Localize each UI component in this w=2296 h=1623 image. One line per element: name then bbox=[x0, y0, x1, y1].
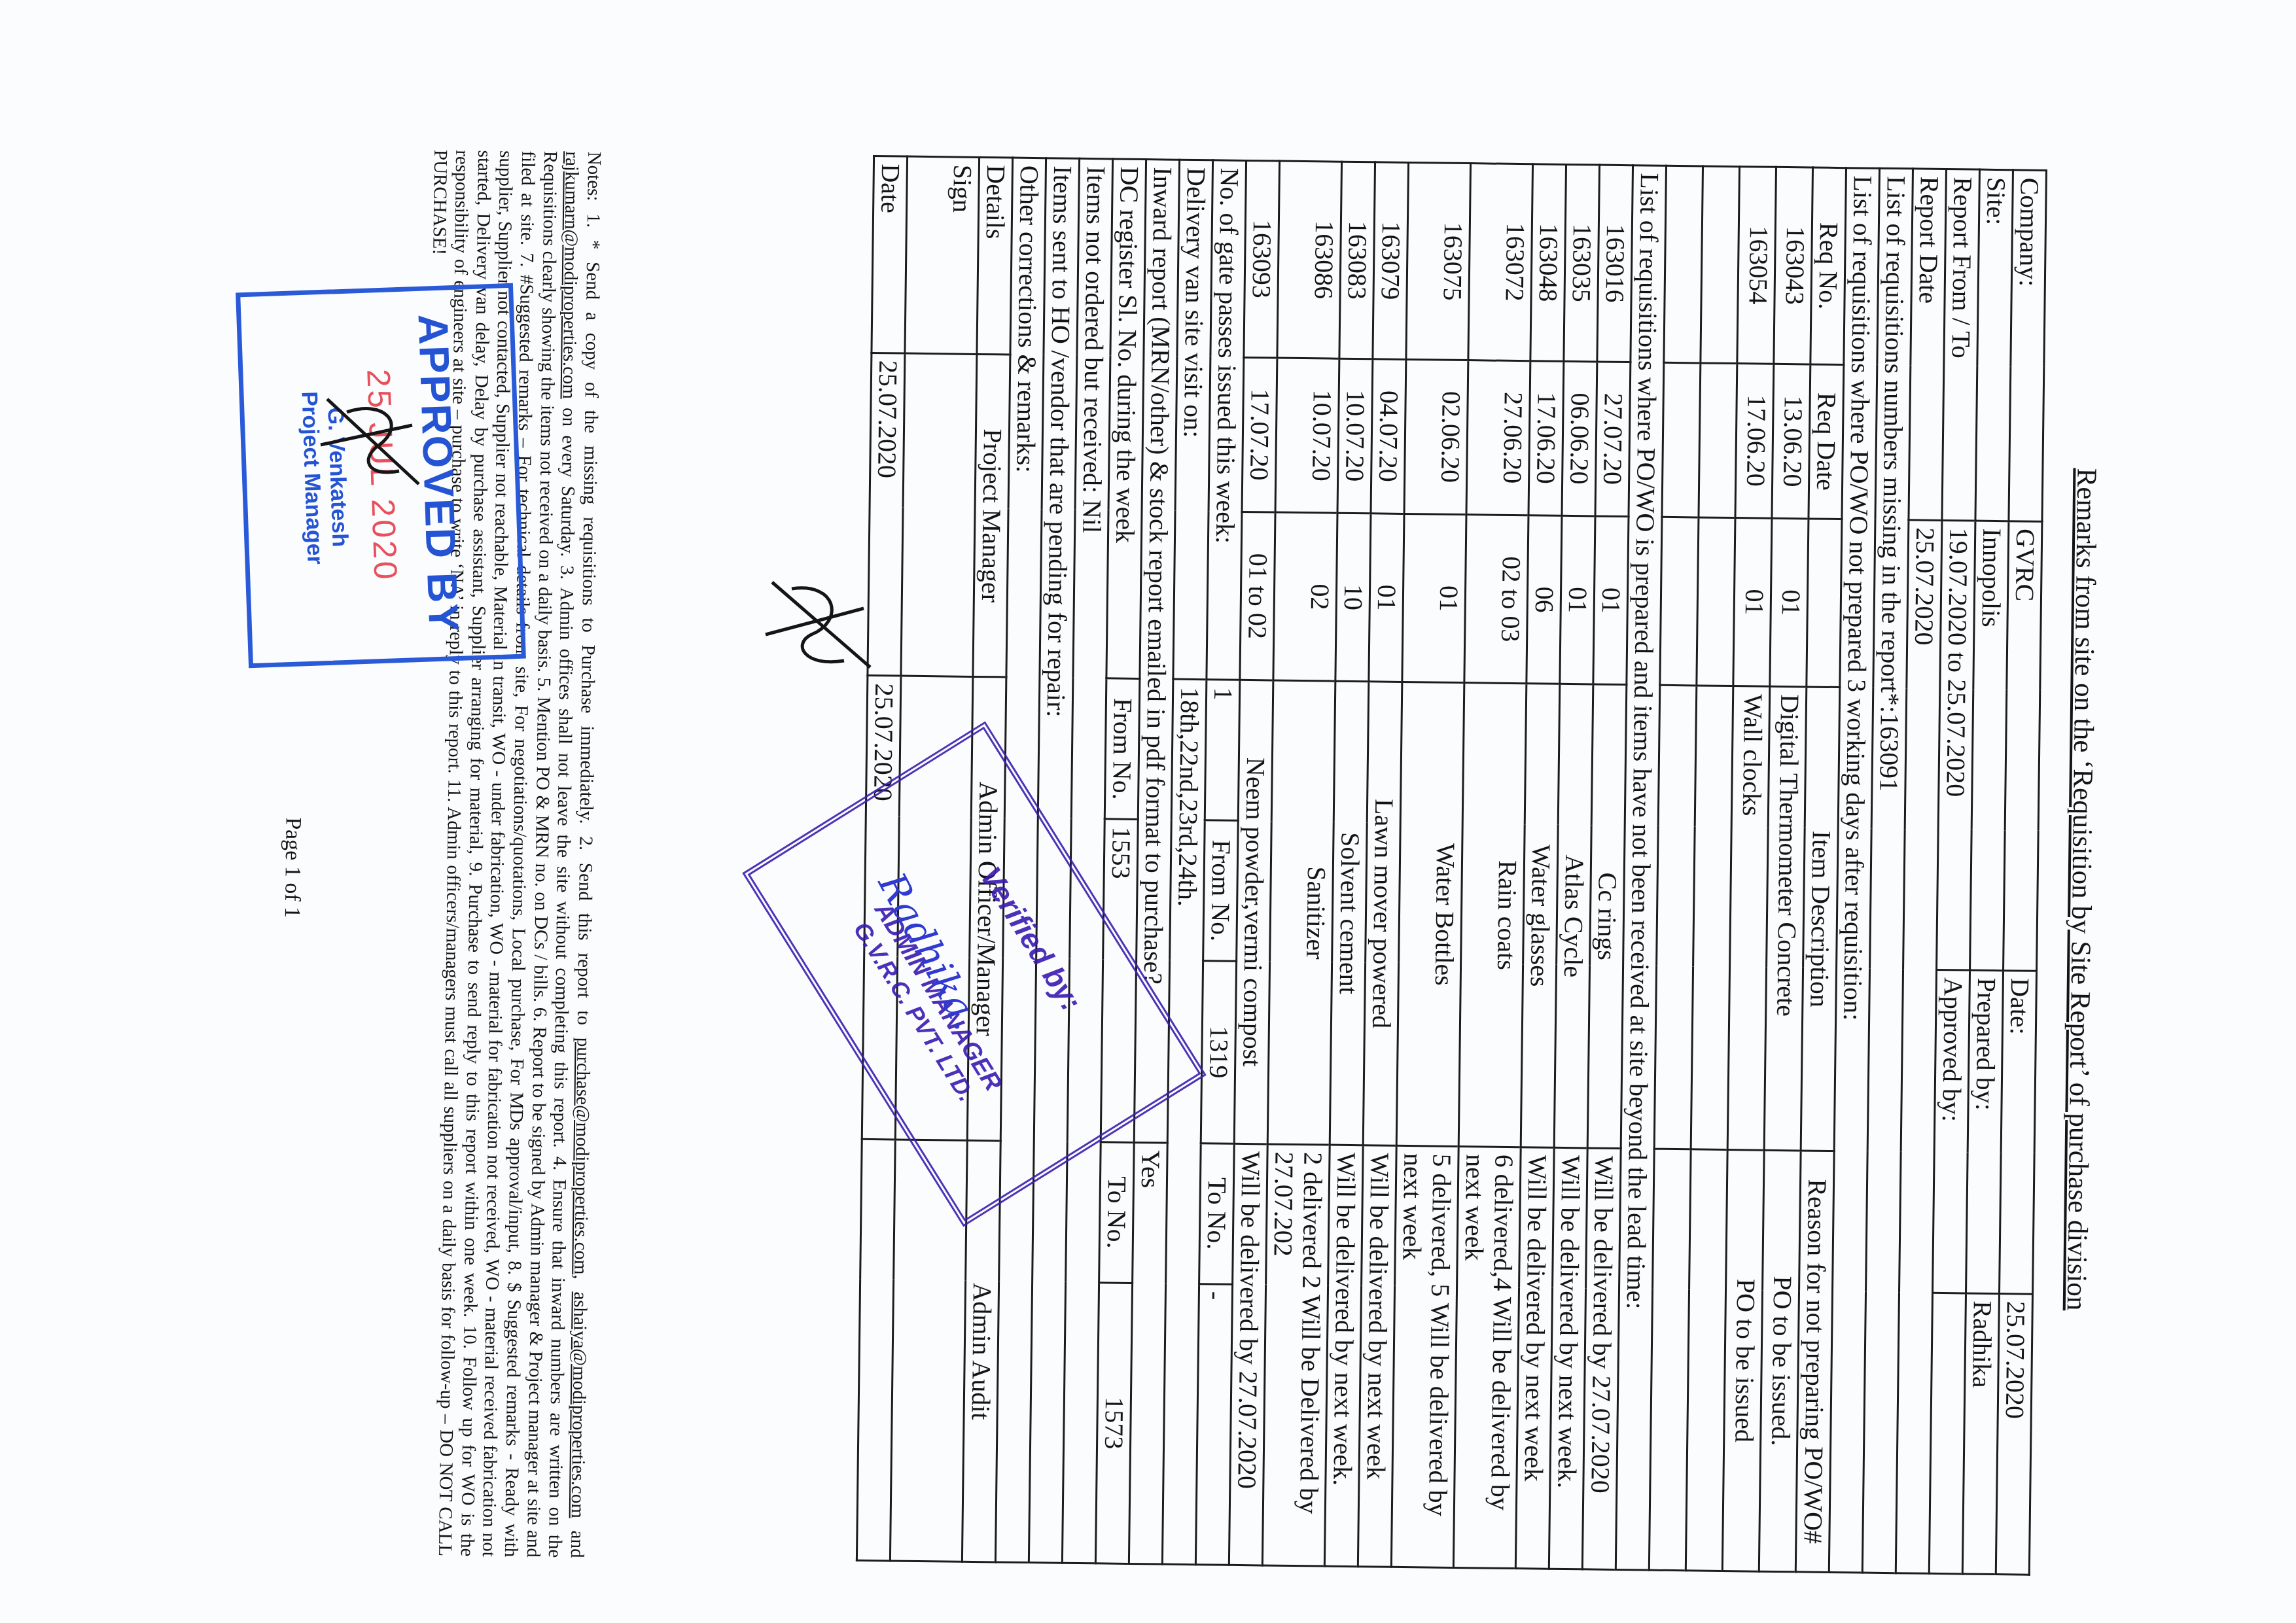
col-reason: Reason for not preparing PO/WO# bbox=[1795, 1151, 1834, 1573]
signoff-role-pm: Project Manager bbox=[973, 354, 1010, 677]
item-description: Lawn mover powered bbox=[1363, 682, 1402, 1145]
col-req-no: Req No. bbox=[1810, 167, 1846, 364]
req-date: 17.07.20 bbox=[1242, 357, 1277, 512]
delivery-remark: Will be delivered by next week bbox=[1515, 1147, 1554, 1569]
reason: PO to be issued bbox=[1722, 1149, 1764, 1571]
req-date: 17.06.20 bbox=[1528, 360, 1564, 515]
not-received-rows: 16301627.07.2001Cc ringsWill be delivere… bbox=[1229, 160, 1633, 1569]
company-value: GVRC bbox=[2004, 521, 2042, 971]
po-not-prepared-rows: 16304313.06.2001Digital Thermometer Conc… bbox=[1649, 166, 1812, 1572]
req-no: 163054 bbox=[1737, 167, 1776, 364]
email-ashaiya-link[interactable]: ashaiya@modiproperties.com bbox=[567, 1291, 591, 1518]
table-pm-signature-icon bbox=[746, 569, 890, 687]
signoff-date-audit bbox=[857, 1139, 895, 1561]
delivery-van-label: Delivery van site visit on: bbox=[1173, 160, 1213, 680]
signoff-sign-pm bbox=[901, 353, 977, 677]
delivery-remark: 2 delivered 2 Will be Delivered by 27.07… bbox=[1262, 1144, 1330, 1566]
prepared-by-value: Radhika bbox=[1962, 1293, 1999, 1575]
approved-by-label: Approved by: bbox=[1933, 969, 1970, 1293]
col-req-date: Req Date bbox=[1809, 364, 1844, 519]
req-no bbox=[1701, 166, 1740, 363]
delivery-remark: 5 delivered, 5 Will be delivered by next… bbox=[1391, 1145, 1458, 1567]
inward-report-value: Yes bbox=[1129, 1142, 1167, 1564]
req-no: 163048 bbox=[1530, 164, 1566, 361]
document-title: Remarks from site on the ‘Requisition by… bbox=[2057, 169, 2106, 1609]
dc-register-to-label: To No. bbox=[1099, 1142, 1135, 1283]
signoff-date-label: Date bbox=[872, 156, 908, 353]
project-manager-signature-icon bbox=[308, 386, 438, 504]
delivery-remark: Will be delivered by next week. bbox=[1324, 1145, 1363, 1567]
qty: 01 bbox=[1560, 515, 1595, 684]
req-date: 10.07.20 bbox=[1337, 358, 1373, 514]
item-description: Water Bottles bbox=[1396, 682, 1464, 1147]
item-description: Sanitizer bbox=[1267, 680, 1335, 1145]
req-no: 163093 bbox=[1244, 160, 1280, 357]
email-purchase-link[interactable]: purchase@modiproperties.com bbox=[570, 1038, 593, 1275]
req-date bbox=[1662, 362, 1701, 517]
date-value: 25.07.2020 bbox=[1996, 1293, 2032, 1575]
req-date: 10.07.20 bbox=[1275, 358, 1339, 513]
reason: PO to be issued. bbox=[1759, 1150, 1801, 1572]
qty: 01 to 02 bbox=[1240, 512, 1275, 680]
item-description: Cc rings bbox=[1587, 684, 1627, 1148]
reason bbox=[1649, 1149, 1691, 1571]
qty: 01 bbox=[1733, 517, 1772, 686]
req-no: 163083 bbox=[1339, 162, 1375, 358]
approved-by-value bbox=[1929, 1293, 1966, 1574]
prepared-by-label: Prepared by: bbox=[1966, 970, 2004, 1293]
dc-register-from-label: From No. bbox=[1104, 678, 1140, 819]
item-description: Water glasses bbox=[1521, 684, 1560, 1147]
col-qty bbox=[1807, 519, 1842, 688]
delivery-remark: Will be delivered by 27.07.2020 bbox=[1229, 1143, 1267, 1565]
dc-register-label: DC register Sl. No. during the week bbox=[1106, 159, 1146, 679]
req-no: 163075 bbox=[1406, 162, 1471, 360]
req-no: 163035 bbox=[1564, 164, 1600, 361]
req-no: 163079 bbox=[1373, 162, 1409, 359]
req-date: 04.07.20 bbox=[1371, 358, 1406, 514]
email-rajkumar-link[interactable]: rajkumarn@modiproperties.com bbox=[559, 151, 583, 399]
delivery-remark: Will be delivered by next week bbox=[1358, 1145, 1396, 1567]
req-date bbox=[1699, 363, 1737, 518]
signoff-details-label: Details bbox=[977, 157, 1013, 354]
req-date: 27.07.20 bbox=[1595, 362, 1631, 517]
company-label: Company: bbox=[2009, 170, 2047, 521]
qty: 10 bbox=[1335, 513, 1371, 682]
req-no: 163016 bbox=[1597, 165, 1633, 362]
document-title-text: Remarks from site on the ‘Requisition by… bbox=[2061, 468, 2102, 1310]
qty: 01 bbox=[1770, 518, 1809, 687]
gate-passes-from-value: 1319 bbox=[1201, 960, 1236, 1143]
item-description: Solvent cement bbox=[1330, 682, 1369, 1145]
req-no: 163086 bbox=[1277, 161, 1342, 358]
req-date: 06.06.20 bbox=[1562, 361, 1597, 516]
qty: 02 to 03 bbox=[1464, 514, 1528, 684]
req-date: 27.06.20 bbox=[1466, 360, 1530, 515]
req-date: 02.06.20 bbox=[1404, 359, 1468, 514]
qty: 01 bbox=[1369, 514, 1404, 682]
report-date-label: Report Date bbox=[1909, 169, 1947, 520]
col-item-description: Item Description bbox=[1801, 687, 1840, 1151]
report-range-label: Report From / To bbox=[1942, 169, 1980, 521]
signoff-sign-label: Sign bbox=[905, 156, 980, 354]
dc-register-to-value: 1573 bbox=[1095, 1282, 1132, 1563]
req-date: 13.06.20 bbox=[1772, 364, 1810, 519]
item-description bbox=[1654, 686, 1697, 1149]
notes-and: and bbox=[567, 1518, 588, 1558]
qty: 01 bbox=[1593, 516, 1629, 685]
item-description: Atlas Cycle bbox=[1554, 684, 1593, 1148]
reason bbox=[1686, 1149, 1727, 1571]
qty: 02 bbox=[1273, 512, 1337, 682]
report-range-value: 19.07.2020 to 25.07.2020 bbox=[1937, 520, 1975, 970]
site-value: Innopolis bbox=[1970, 521, 2009, 971]
missing-requisitions-label: List of requisitions numbers missing in … bbox=[1875, 176, 1911, 714]
gate-passes-count: 1 bbox=[1205, 680, 1240, 820]
item-description bbox=[1691, 686, 1733, 1149]
qty: 06 bbox=[1527, 515, 1562, 684]
req-no bbox=[1664, 166, 1703, 362]
item-description: Digital Thermometer Concrete bbox=[1764, 687, 1807, 1151]
req-date: 17.06.20 bbox=[1735, 363, 1774, 518]
date-label: Date: bbox=[2000, 970, 2037, 1293]
qty bbox=[1660, 517, 1699, 686]
item-description: Rain coats bbox=[1458, 683, 1527, 1147]
delivery-remark: Will be delivered by next week. bbox=[1549, 1147, 1587, 1569]
delivery-remark: 6 delivered,4 Will be delivered by next … bbox=[1453, 1146, 1521, 1568]
gate-passes-to-label: To No. bbox=[1199, 1143, 1235, 1284]
gate-passes-from-label: From No. bbox=[1203, 820, 1239, 961]
req-no: 163043 bbox=[1774, 167, 1813, 364]
qty bbox=[1697, 517, 1735, 686]
req-no: 163072 bbox=[1468, 164, 1533, 361]
gate-passes-to-value: - bbox=[1195, 1283, 1232, 1565]
notes-comma: , bbox=[570, 1274, 591, 1280]
item-description: Wall clocks bbox=[1727, 686, 1770, 1150]
missing-requisitions-value: 163091 bbox=[1874, 713, 1904, 792]
delivery-remark: Will be delivered by 27.07.2020 bbox=[1582, 1148, 1621, 1570]
site-label: Site: bbox=[1975, 169, 2013, 521]
item-description: Neem powder,vermi compost bbox=[1234, 680, 1273, 1144]
gate-passes-label: No. of gate passes issued this week: bbox=[1207, 160, 1246, 680]
qty: 01 bbox=[1402, 514, 1466, 683]
